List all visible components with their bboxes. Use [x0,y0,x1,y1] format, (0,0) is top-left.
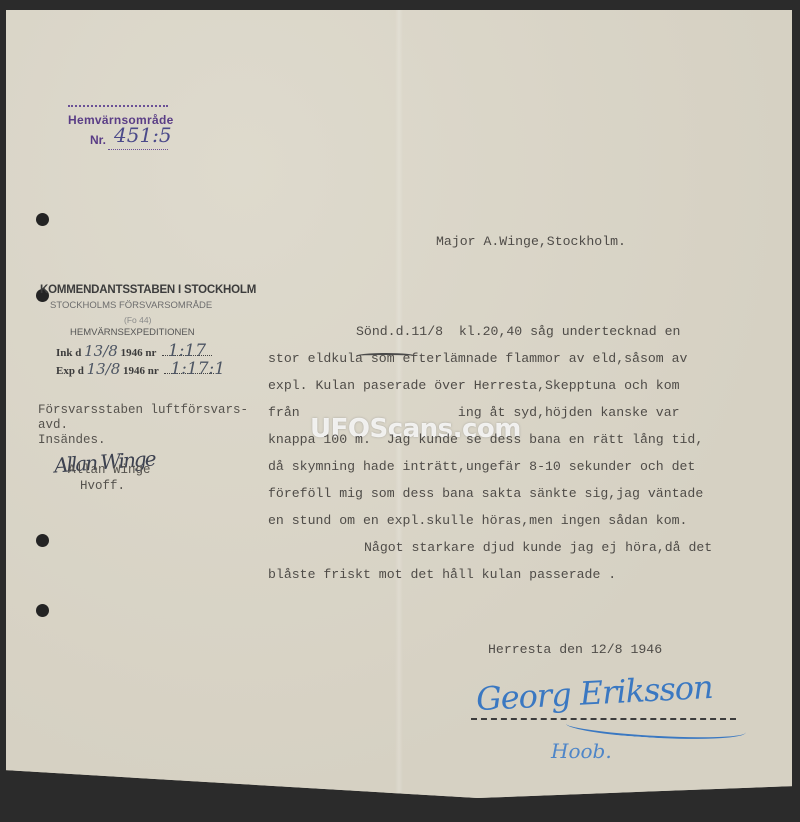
body-line-7: föreföll mig som dess bana sakta sänkte … [268,486,703,501]
forwarding-name: Allan Winge [68,463,151,477]
exp-label: Exp d [56,365,84,377]
exp-nr-handwritten: 1:17:1 [170,359,225,379]
body-line-6: då skymning hade inträtt,ungefär 8-10 se… [268,459,695,474]
stamp-nr-line [108,149,168,150]
punch-hole [36,213,49,226]
body-line-10: blåste friskt mot det håll kulan passera… [268,567,616,582]
ink-nr-handwritten: 1:17 [168,341,206,361]
exp-nr-label: nr [148,365,159,377]
ink-row: Ink d 13/8 1946 nr 1:17 [56,342,212,360]
punch-hole [36,534,49,547]
place-date: Herresta den 12/8 1946 [488,642,662,657]
office-stamp-line1: KOMMENDANTSSTABEN I STOCKHOLM [40,284,256,296]
ink-nr-label: nr [145,347,156,359]
ink-year: 1946 [121,347,143,359]
body-line-2: stor eldkula som efterlämnade flammor av… [268,351,687,366]
stamp-nr-handwritten: 451:5 [114,123,172,147]
ink-nr-line: 1:17 [162,355,212,356]
exp-year: 1946 [123,365,145,377]
body-line-1: Sönd.d.11/8 kl.20,40 såg undertecknad en [356,324,680,339]
body-line-9: Något starkare djud kunde jag ej höra,då… [364,540,712,555]
exp-date-handwritten: 13/8 [87,360,121,378]
exp-nr-line: 1:17:1 [164,373,214,374]
exp-row: Exp d 13/8 1946 nr 1:17:1 [56,360,214,378]
forwarding-line2: avd. [38,418,68,432]
ink-date-handwritten: 13/8 [84,342,118,360]
forwarding-title: Hvoff. [80,479,125,493]
forwarding-line1: Försvarsstaben luftförsvars- [38,403,248,417]
signature-handwritten: Georg Eriksson [475,668,713,718]
document-page: Hemvärnsområde Nr. 451:5 KOMMENDANTSSTAB… [6,10,792,806]
forwarding-line3: Insändes. [38,433,106,447]
ink-label: Ink d [56,347,81,359]
office-stamp-line4: HEMVÄRNSEXPEDITIONEN [70,327,195,338]
body-line-5: knappa 100 m. Jag kunde se dess bana en … [268,432,703,447]
office-stamp-line2: STOCKHOLMS FÖRSVARSOMRÅDE [50,300,212,311]
body-line-8: en stund om en expl.skulle höras,men ing… [268,513,687,528]
stamp-nr-label: Nr. [90,133,106,147]
stamp-dotted-line [68,105,168,107]
signature-title-handwritten: Hoob. [551,739,612,763]
office-stamp-line3: (Fo 44) [124,315,151,325]
punch-hole [36,604,49,617]
addressee: Major A.Winge,Stockholm. [436,234,626,249]
body-line-3: expl. Kulan paserade över Herresta,Skepp… [268,378,680,393]
